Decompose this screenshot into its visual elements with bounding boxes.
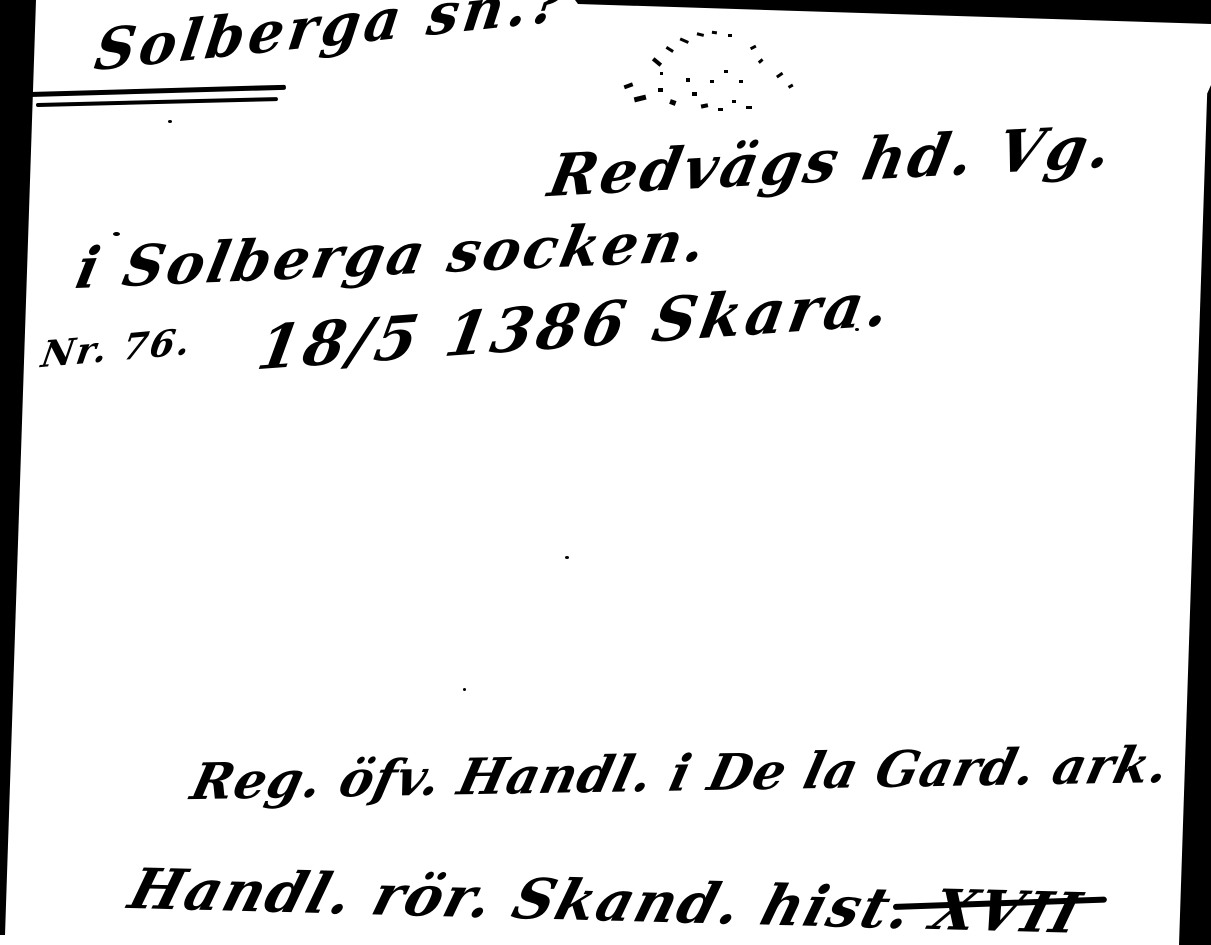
scan-edge-artifact-left	[0, 0, 40, 935]
ink-speck	[855, 328, 859, 331]
source-reference-2-text: Handl. rör. Skand. hist. XVII	[122, 856, 1089, 945]
ink-speck	[168, 120, 172, 123]
record-number-text: Nr. 76.	[38, 320, 194, 376]
source-reference-1-text: Reg. öfv. Handl. i De la Gard. ark.	[186, 735, 1176, 811]
ink-speck	[1128, 766, 1133, 770]
ink-speck	[463, 688, 466, 691]
title-underline-stroke-2	[36, 97, 278, 107]
title-underline-stroke-1	[28, 85, 286, 97]
ink-speck	[565, 556, 569, 559]
record-number-line: Nr. 76.	[40, 321, 193, 376]
parish-title-line: Solberga sn.?	[92, 0, 571, 84]
source-reference-line-1: Reg. öfv. Handl. i De la Gard. ark.	[192, 735, 1169, 811]
scanned-document-card: Solberga sn.? Redvägs hd. Vg. i Solberga…	[0, 0, 1211, 945]
ink-speck	[113, 232, 120, 236]
parish-title-text: Solberga sn.?	[91, 0, 573, 84]
source-reference-line-2: Handl. rör. Skand. hist. XVII	[130, 856, 1081, 945]
scan-edge-artifact-right	[1179, 85, 1211, 945]
faded-stamp-mark	[600, 22, 820, 132]
